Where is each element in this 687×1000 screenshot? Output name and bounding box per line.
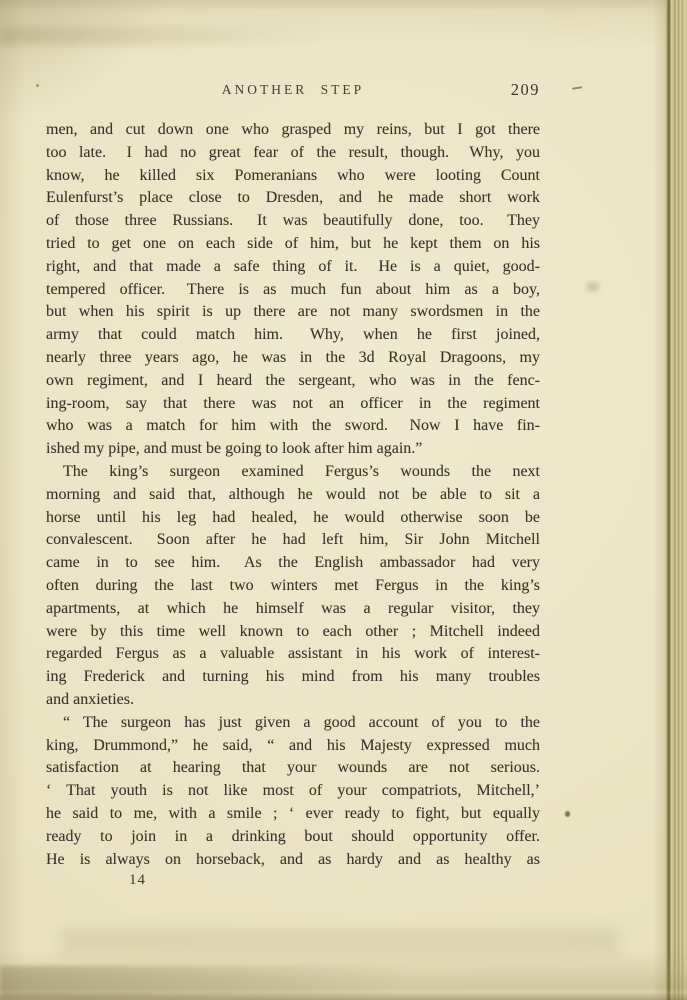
text-line: morning and said that, although he would… (46, 484, 540, 507)
scan-speck (572, 86, 582, 89)
text-block: men, and cut down one who grasped my rei… (46, 119, 540, 871)
text-line: too late. I had no great fear of the res… (46, 142, 540, 165)
text-line: satisfaction at hearing that your wounds… (46, 757, 540, 780)
scan-smudge-top (0, 27, 345, 45)
running-title: ANOTHER STEP (46, 79, 540, 100)
text-line: king, Drummond,” he said, “ and his Maje… (46, 735, 540, 758)
text-line: ing Frederick and turning his mind from … (46, 666, 540, 689)
text-line: men, and cut down one who grasped my rei… (46, 119, 540, 142)
book-page-scan: ANOTHER STEP 209 men, and cut down one w… (0, 0, 687, 1000)
text-line: ready to join in a drinking bout should … (46, 826, 540, 849)
text-line: and anxieties. (46, 689, 540, 712)
page-edge-right (653, 0, 687, 1000)
paragraph: “ The surgeon has just given a good acco… (46, 712, 540, 872)
text-line: came in to see him. As the English ambas… (46, 552, 540, 575)
scan-speck (36, 84, 39, 87)
text-line: nearly three years ago, he was in the 3d… (46, 347, 540, 370)
text-line: tempered officer. There is as much fun a… (46, 279, 540, 302)
text-line: own regiment, and I heard the sergeant, … (46, 370, 540, 393)
text-line: know, he killed six Pomeranians who were… (46, 165, 540, 188)
text-line: he said to me, with a smile ; ‘ ever rea… (46, 803, 540, 826)
text-line: regarded Fergus as a valuable assistant … (46, 643, 540, 666)
page-edge-bottom-left-shade (0, 966, 426, 1000)
scan-speck (565, 811, 570, 817)
text-line: who was a match for him with the sword. … (46, 415, 540, 438)
paragraph: men, and cut down one who grasped my rei… (46, 119, 540, 461)
text-line: army that could match him. Why, when he … (46, 324, 540, 347)
text-line: often during the last two winters met Fe… (46, 575, 540, 598)
text-line: of those three Russians. It was beautifu… (46, 210, 540, 233)
text-line: right, and that made a safe thing of it.… (46, 256, 540, 279)
text-line: ‘ That youth is not like most of your co… (46, 780, 540, 803)
text-line: tried to get one on each side of him, bu… (46, 233, 540, 256)
text-line: convalescent. Soon after he had left him… (46, 529, 540, 552)
paragraph: The king’s surgeon examined Fergus’s wou… (46, 461, 540, 712)
text-line: He is always on horseback, and as hardy … (46, 849, 540, 872)
text-line: ished my pipe, and must be going to look… (46, 438, 540, 461)
text-line: were by this time well known to each oth… (46, 621, 540, 644)
text-line: ing-room, say that there was not an offi… (46, 393, 540, 416)
text-line: The king’s surgeon examined Fergus’s wou… (46, 461, 540, 484)
page-number: 209 (511, 79, 540, 100)
text-line: “ The surgeon has just given a good acco… (46, 712, 540, 735)
text-line: Eulenfurst’s place close to Dresden, and… (46, 187, 540, 210)
scan-speck (586, 282, 599, 292)
text-line: horse until his leg had healed, he would… (46, 507, 540, 530)
text-line: apartments, at which he himself was a re… (46, 598, 540, 621)
running-header: ANOTHER STEP 209 (46, 79, 540, 100)
text-line: but when his spirit is up there are not … (46, 301, 540, 324)
signature-mark: 14 (129, 872, 146, 889)
